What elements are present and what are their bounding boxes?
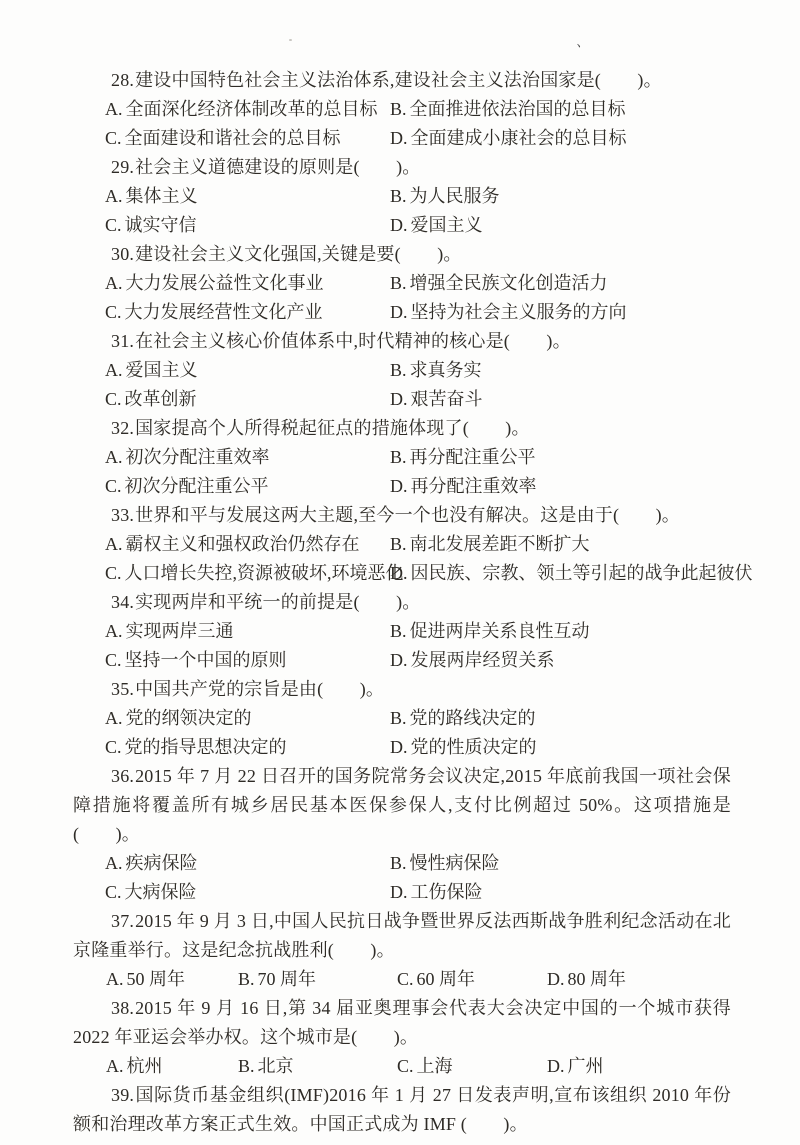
option-row: C.党的指导思想决定的D.党的性质决定的 — [73, 733, 731, 762]
option-label: C. — [105, 650, 122, 670]
question-stem: 36.2015 年 7 月 22 日召开的国务院常务会议决定,2015 年底前我… — [73, 762, 731, 849]
option-row: A.50 周年B.70 周年C.60 周年D.80 周年 — [73, 965, 731, 994]
option-b: B.慢性病保险 — [390, 849, 731, 878]
option-label: C. — [105, 737, 122, 757]
option-a: A.党的纲领决定的 — [105, 704, 390, 733]
option-row: A.初次分配注重效率B.再分配注重公平 — [73, 443, 731, 472]
option-text: 初次分配注重公平 — [125, 476, 269, 496]
question-text: 建设中国特色社会主义法治体系,建设社会主义法治国家是( )。 — [135, 70, 662, 90]
option-label: A. — [105, 708, 123, 728]
option-text: 全面建设和谐社会的总目标 — [125, 128, 341, 148]
option-d: D.发展两岸经贸关系 — [390, 646, 731, 675]
option-text: 坚持为社会主义服务的方向 — [411, 302, 627, 322]
option-text: 促进两岸关系良性互动 — [410, 621, 590, 641]
option-row: A.霸权主义和强权政治仍然存在B.南北发展差距不断扩大 — [73, 530, 731, 559]
option-label: D. — [390, 650, 408, 670]
question-29: 29.社会主义道德建设的原则是( )。A.集体主义B.为人民服务C.诚实守信D.… — [73, 153, 731, 240]
option-label: B. — [238, 969, 255, 989]
option-row: C.人口增长失控,资源被破坏,环境恶化D.因民族、宗教、领土等引起的战争此起彼伏 — [73, 559, 731, 588]
option-label: B. — [390, 708, 407, 728]
option-d: D.坚持为社会主义服务的方向 — [390, 298, 731, 327]
option-a: A.实现两岸三通 — [105, 617, 390, 646]
question-number: 39. — [111, 1085, 134, 1105]
question-text: 世界和平与发展这两大主题,至今一个也没有解决。这是由于( )。 — [135, 505, 680, 525]
question-stem: 33.世界和平与发展这两大主题,至今一个也没有解决。这是由于( )。 — [73, 501, 731, 530]
option-label: A. — [105, 186, 123, 206]
option-a: A.疾病保险 — [105, 849, 390, 878]
question-number: 37. — [111, 911, 134, 931]
question-number: 33. — [111, 505, 134, 525]
question-33: 33.世界和平与发展这两大主题,至今一个也没有解决。这是由于( )。A.霸权主义… — [73, 501, 731, 588]
question-stem: 35.中国共产党的宗旨是由( )。 — [73, 675, 731, 704]
option-c: C.60 周年 — [397, 965, 547, 994]
option-row: A.杭州B.北京C.上海D.广州 — [73, 1052, 731, 1081]
option-text: 再分配注重公平 — [410, 447, 536, 467]
option-label: C. — [105, 302, 122, 322]
option-c: C.大力发展经营性文化产业 — [105, 298, 390, 327]
option-c: C.改革创新 — [105, 385, 390, 414]
option-label: C. — [397, 1056, 414, 1076]
option-label: D. — [547, 1056, 565, 1076]
option-text: 70 周年 — [258, 969, 317, 989]
option-a: A.霸权主义和强权政治仍然存在 — [105, 530, 390, 559]
option-row: A.大力发展公益性文化事业B.增强全民族文化创造活力 — [73, 269, 731, 298]
option-a: A.爱国主义 — [105, 356, 390, 385]
question-text: 国际货币基金组织(IMF)2016 年 1 月 27 日发表声明,宣布该组织 2… — [73, 1085, 731, 1134]
option-d: D.党的性质决定的 — [390, 733, 731, 762]
option-b: B.再分配注重公平 — [390, 443, 731, 472]
option-row: A.实现两岸三通B.促进两岸关系良性互动 — [73, 617, 731, 646]
scanned-exam-page: 、 28.建设中国特色社会主义法治体系,建设社会主义法治国家是( )。A.全面深… — [0, 0, 800, 1145]
option-c: C.全面建设和谐社会的总目标 — [105, 124, 390, 153]
option-label: B. — [390, 99, 407, 119]
question-text: 2015 年 7 月 22 日召开的国务院常务会议决定,2015 年底前我国一项… — [73, 766, 731, 844]
option-c: C.党的指导思想决定的 — [105, 733, 390, 762]
option-b: B.70 周年 — [238, 965, 397, 994]
option-label: C. — [105, 882, 122, 902]
option-d: D.广州 — [547, 1052, 731, 1081]
option-d: D.艰苦奋斗 — [390, 385, 731, 414]
question-37: 37.2015 年 9 月 3 日,中国人民抗日战争暨世界反法西斯战争胜利纪念活… — [73, 907, 731, 994]
option-text: 杭州 — [127, 1056, 163, 1076]
option-d: D.再分配注重效率 — [390, 472, 731, 501]
option-label: A. — [106, 969, 124, 989]
option-label: B. — [390, 273, 407, 293]
option-row: A.党的纲领决定的B.党的路线决定的 — [73, 704, 731, 733]
option-label: A. — [105, 853, 123, 873]
question-35: 35.中国共产党的宗旨是由( )。A.党的纲领决定的B.党的路线决定的C.党的指… — [73, 675, 731, 762]
option-a: A.集体主义 — [105, 182, 390, 211]
question-28: 28.建设中国特色社会主义法治体系,建设社会主义法治国家是( )。A.全面深化经… — [73, 66, 731, 153]
question-39: 39.国际货币基金组织(IMF)2016 年 1 月 27 日发表声明,宣布该组… — [73, 1081, 731, 1139]
option-text: 南北发展差距不断扩大 — [410, 534, 590, 554]
option-text: 增强全民族文化创造活力 — [410, 273, 608, 293]
option-label: D. — [390, 389, 408, 409]
question-stem: 37.2015 年 9 月 3 日,中国人民抗日战争暨世界反法西斯战争胜利纪念活… — [73, 907, 731, 965]
option-d: D.因民族、宗教、领土等引起的战争此起彼伏 — [390, 559, 753, 588]
option-text: 人口增长失控,资源被破坏,环境恶化 — [125, 563, 404, 583]
option-label: D. — [390, 302, 408, 322]
option-row: C.诚实守信D.爱国主义 — [73, 211, 731, 240]
option-text: 因民族、宗教、领土等引起的战争此起彼伏 — [411, 563, 753, 583]
question-stem: 38.2015 年 9 月 16 日,第 34 届亚奥理事会代表大会决定中国的一… — [73, 994, 731, 1052]
question-31: 31.在社会主义核心价值体系中,时代精神的核心是( )。A.爱国主义B.求真务实… — [73, 327, 731, 414]
option-c: C.大病保险 — [105, 878, 390, 907]
option-text: 党的指导思想决定的 — [125, 737, 287, 757]
option-row: C.大力发展经营性文化产业D.坚持为社会主义服务的方向 — [73, 298, 731, 327]
question-number: 34. — [111, 592, 134, 612]
option-text: 改革创新 — [125, 389, 197, 409]
option-label: D. — [390, 563, 408, 583]
option-text: 诚实守信 — [125, 215, 197, 235]
option-b: B.党的路线决定的 — [390, 704, 731, 733]
option-text: 集体主义 — [126, 186, 198, 206]
question-text: 国家提高个人所得税起征点的措施体现了( )。 — [135, 418, 530, 438]
option-text: 党的性质决定的 — [411, 737, 537, 757]
option-label: D. — [390, 128, 408, 148]
option-row: A.集体主义B.为人民服务 — [73, 182, 731, 211]
question-34: 34.实现两岸和平统一的前提是( )。A.实现两岸三通B.促进两岸关系良性互动C… — [73, 588, 731, 675]
option-text: 求真务实 — [410, 360, 482, 380]
question-number: 30. — [111, 244, 134, 264]
option-text: 大力发展经营性文化产业 — [125, 302, 323, 322]
option-row: A.疾病保险B.慢性病保险 — [73, 849, 731, 878]
option-text: 爱国主义 — [126, 360, 198, 380]
option-label: B. — [390, 186, 407, 206]
option-label: D. — [390, 215, 408, 235]
question-number: 29. — [111, 157, 134, 177]
option-text: 爱国主义 — [411, 215, 483, 235]
option-label: C. — [105, 215, 122, 235]
question-stem: 29.社会主义道德建设的原则是( )。 — [73, 153, 731, 182]
question-38: 38.2015 年 9 月 16 日,第 34 届亚奥理事会代表大会决定中国的一… — [73, 994, 731, 1081]
option-text: 北京 — [258, 1056, 294, 1076]
option-c: C.坚持一个中国的原则 — [105, 646, 390, 675]
option-text: 初次分配注重效率 — [126, 447, 270, 467]
option-d: D.工伤保险 — [390, 878, 731, 907]
scan-artifact-dot — [289, 39, 292, 41]
question-text: 建设社会主义文化强国,关键是要( )。 — [135, 244, 462, 264]
option-text: 大病保险 — [125, 882, 197, 902]
option-label: A. — [105, 360, 123, 380]
option-a: A.全面深化经济体制改革的总目标 — [105, 95, 390, 124]
option-label: D. — [390, 882, 408, 902]
option-label: D. — [547, 969, 565, 989]
option-a: A.大力发展公益性文化事业 — [105, 269, 390, 298]
question-number: 32. — [111, 418, 134, 438]
option-text: 80 周年 — [568, 969, 627, 989]
option-b: B.南北发展差距不断扩大 — [390, 530, 731, 559]
option-label: A. — [106, 1056, 124, 1076]
option-text: 60 周年 — [417, 969, 476, 989]
option-text: 疾病保险 — [126, 853, 198, 873]
option-text: 党的纲领决定的 — [126, 708, 252, 728]
question-text: 在社会主义核心价值体系中,时代精神的核心是( )。 — [135, 331, 571, 351]
question-number: 28. — [111, 70, 134, 90]
option-b: B.促进两岸关系良性互动 — [390, 617, 731, 646]
question-stem: 34.实现两岸和平统一的前提是( )。 — [73, 588, 731, 617]
option-label: B. — [390, 621, 407, 641]
option-label: C. — [105, 389, 122, 409]
option-text: 霸权主义和强权政治仍然存在 — [126, 534, 360, 554]
option-b: B.全面推进依法治国的总目标 — [390, 95, 731, 124]
option-row: A.爱国主义B.求真务实 — [73, 356, 731, 385]
question-stem: 28.建设中国特色社会主义法治体系,建设社会主义法治国家是( )。 — [73, 66, 731, 95]
question-stem: 32.国家提高个人所得税起征点的措施体现了( )。 — [73, 414, 731, 443]
option-text: 坚持一个中国的原则 — [125, 650, 287, 670]
option-c: C.上海 — [397, 1052, 547, 1081]
option-text: 工伤保险 — [411, 882, 483, 902]
option-b: B.增强全民族文化创造活力 — [390, 269, 731, 298]
option-label: A. — [105, 534, 123, 554]
question-36: 36.2015 年 7 月 22 日召开的国务院常务会议决定,2015 年底前我… — [73, 762, 731, 907]
question-32: 32.国家提高个人所得税起征点的措施体现了( )。A.初次分配注重效率B.再分配… — [73, 414, 731, 501]
option-a: A.杭州 — [106, 1052, 238, 1081]
question-text: 2015 年 9 月 3 日,中国人民抗日战争暨世界反法西斯战争胜利纪念活动在北… — [73, 911, 731, 960]
option-text: 50 周年 — [127, 969, 186, 989]
question-text: 2015 年 9 月 16 日,第 34 届亚奥理事会代表大会决定中国的一个城市… — [73, 998, 731, 1047]
option-label: C. — [397, 969, 414, 989]
option-a: A.50 周年 — [106, 965, 238, 994]
option-text: 全面推进依法治国的总目标 — [410, 99, 626, 119]
option-text: 全面深化经济体制改革的总目标 — [126, 99, 378, 119]
option-label: B. — [390, 360, 407, 380]
option-text: 广州 — [568, 1056, 604, 1076]
option-d: D.爱国主义 — [390, 211, 731, 240]
option-label: A. — [105, 447, 123, 467]
question-list: 28.建设中国特色社会主义法治体系,建设社会主义法治国家是( )。A.全面深化经… — [73, 66, 731, 1139]
option-label: A. — [105, 621, 123, 641]
option-text: 发展两岸经贸关系 — [411, 650, 555, 670]
option-d: D.全面建成小康社会的总目标 — [390, 124, 731, 153]
question-stem: 31.在社会主义核心价值体系中,时代精神的核心是( )。 — [73, 327, 731, 356]
option-text: 为人民服务 — [410, 186, 500, 206]
option-row: C.坚持一个中国的原则D.发展两岸经贸关系 — [73, 646, 731, 675]
option-text: 党的路线决定的 — [410, 708, 536, 728]
question-number: 35. — [111, 679, 134, 699]
option-b: B.北京 — [238, 1052, 397, 1081]
question-text: 实现两岸和平统一的前提是( )。 — [135, 592, 420, 612]
option-text: 慢性病保险 — [410, 853, 500, 873]
question-30: 30.建设社会主义文化强国,关键是要( )。A.大力发展公益性文化事业B.增强全… — [73, 240, 731, 327]
option-text: 再分配注重效率 — [411, 476, 537, 496]
option-label: C. — [105, 563, 122, 583]
question-number: 38. — [111, 998, 134, 1018]
option-text: 艰苦奋斗 — [411, 389, 483, 409]
option-row: C.初次分配注重公平D.再分配注重效率 — [73, 472, 731, 501]
option-row: A.全面深化经济体制改革的总目标B.全面推进依法治国的总目标 — [73, 95, 731, 124]
question-text: 社会主义道德建设的原则是( )。 — [135, 157, 420, 177]
question-stem: 39.国际货币基金组织(IMF)2016 年 1 月 27 日发表声明,宣布该组… — [73, 1081, 731, 1139]
question-number: 31. — [111, 331, 134, 351]
option-label: A. — [105, 273, 123, 293]
option-b: B.为人民服务 — [390, 182, 731, 211]
option-label: B. — [238, 1056, 255, 1076]
option-row: C.改革创新D.艰苦奋斗 — [73, 385, 731, 414]
option-text: 全面建成小康社会的总目标 — [411, 128, 627, 148]
option-label: A. — [105, 99, 123, 119]
option-label: C. — [105, 476, 122, 496]
option-text: 实现两岸三通 — [126, 621, 234, 641]
option-label: B. — [390, 534, 407, 554]
option-row: C.大病保险D.工伤保险 — [73, 878, 731, 907]
option-row: C.全面建设和谐社会的总目标D.全面建成小康社会的总目标 — [73, 124, 731, 153]
option-b: B.求真务实 — [390, 356, 731, 385]
question-stem: 30.建设社会主义文化强国,关键是要( )。 — [73, 240, 731, 269]
scan-artifact-mark: 、 — [575, 27, 592, 58]
question-number: 36. — [111, 766, 134, 786]
option-c: C.初次分配注重公平 — [105, 472, 390, 501]
option-label: D. — [390, 476, 408, 496]
option-c: C.诚实守信 — [105, 211, 390, 240]
option-c: C.人口增长失控,资源被破坏,环境恶化 — [105, 559, 390, 588]
question-text: 中国共产党的宗旨是由( )。 — [135, 679, 384, 699]
option-text: 上海 — [417, 1056, 453, 1076]
option-label: B. — [390, 447, 407, 467]
option-label: C. — [105, 128, 122, 148]
option-label: D. — [390, 737, 408, 757]
option-label: B. — [390, 853, 407, 873]
option-d: D.80 周年 — [547, 965, 731, 994]
option-a: A.初次分配注重效率 — [105, 443, 390, 472]
option-text: 大力发展公益性文化事业 — [126, 273, 324, 293]
